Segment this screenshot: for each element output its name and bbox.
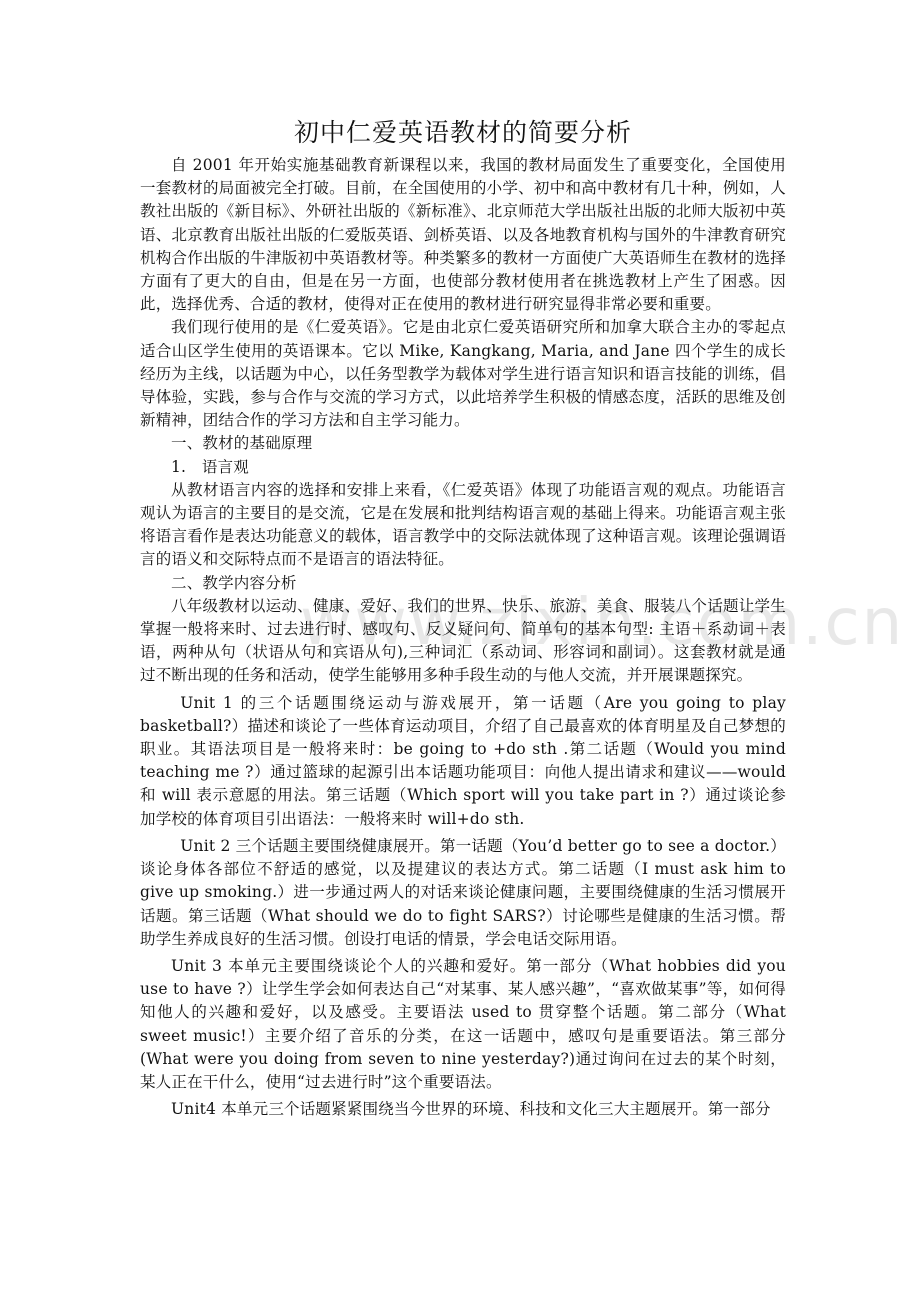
section-heading-principles: 一、教材的基础原理 [140, 432, 786, 455]
document-page: 初中仁爱英语教材的简要分析 自 2001 年开始实施基础教育新课程以来，我国的教… [140, 116, 786, 1121]
paragraph-unit-4: Unit4 本单元三个话题紧紧围绕当今世界的环境、科技和文化三大主题展开。第一部… [140, 1098, 786, 1121]
subsection-heading-language-view: 1. 语言观 [140, 456, 786, 479]
paragraph-unit-1: Unit 1 的三个话题围绕运动与游戏展开，第一话题（Are you going… [140, 692, 786, 831]
paragraph-grade8-overview: 八年级教材以运动、健康、爱好、我们的世界、快乐、旅游、美食、服装八个话题让学生掌… [140, 595, 786, 688]
paragraph-unit-3: Unit 3 本单元主要围绕谈论个人的兴趣和爱好。第一部分（What hobbi… [140, 955, 786, 1094]
document-title: 初中仁爱英语教材的简要分析 [140, 116, 786, 150]
section-heading-content-analysis: 二、教学内容分析 [140, 572, 786, 595]
paragraph-textbook-overview: 我们现行使用的是《仁爱英语》。它是由北京仁爱英语研究所和加拿大联合主办的零起点适… [140, 316, 786, 432]
paragraph-unit-2: Unit 2 三个话题主要围绕健康展开。第一话题（You’d better go… [140, 835, 786, 951]
paragraph-intro: 自 2001 年开始实施基础教育新课程以来，我国的教材局面发生了重要变化，全国使… [140, 154, 786, 316]
paragraph-language-view: 从教材语言内容的选择和安排上来看，《仁爱英语》体现了功能语言观的观点。功能语言观… [140, 479, 786, 572]
